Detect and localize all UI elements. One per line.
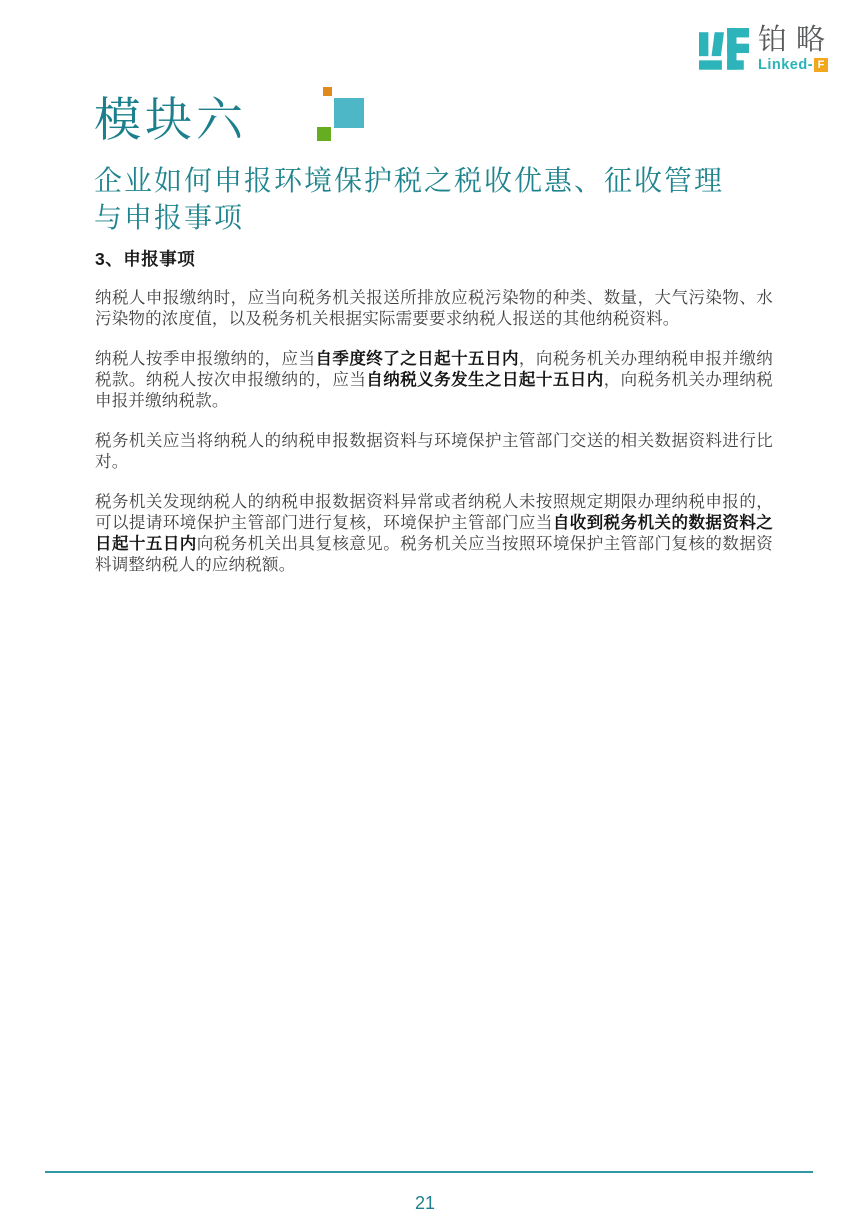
module-subtitle: 企业如何申报环境保护税之税收优惠、征收管理 与申报事项	[94, 162, 804, 236]
body-text: 向税务机关出具复核意见。税务机关应当按照环境保护主管部门复核的数据资料调整纳税人…	[95, 535, 773, 574]
paragraph: 税务机关发现纳税人的纳税申报数据资料异常或者纳税人未按照规定期限办理纳税申报的，…	[95, 492, 773, 576]
brand-badge-f: F	[814, 58, 828, 72]
section-heading: 3、申报事项	[95, 246, 773, 271]
page-content: 3、申报事项 纳税人申报缴纳时，应当向税务机关报送所排放应税污染物的种类、数量，…	[95, 246, 773, 595]
linked-f-logo-icon	[699, 28, 749, 76]
footer-divider	[45, 1171, 813, 1173]
orange-square-icon	[323, 87, 332, 96]
brand-name-english: Linked-	[758, 57, 813, 73]
module-subtitle-line1: 企业如何申报环境保护税之税收优惠、征收管理	[94, 162, 804, 199]
paragraph: 纳税人按季申报缴纳的，应当自季度终了之日起十五日内，向税务机关办理纳税申报并缴纳…	[95, 349, 773, 412]
brand-logo: 铂略 Linked- F	[699, 24, 834, 76]
emphasis-text: 自纳税义务发生之日起十五日内	[366, 371, 603, 389]
green-square-icon	[317, 127, 331, 141]
paragraph: 纳税人申报缴纳时，应当向税务机关报送所排放应税污染物的种类、数量，大气污染物、水…	[95, 288, 773, 330]
module-title: 模块六	[94, 92, 247, 150]
teal-square-icon	[334, 98, 364, 128]
module-subtitle-line2: 与申报事项	[94, 199, 804, 236]
body-text: 纳税人申报缴纳时，应当向税务机关报送所排放应税污染物的种类、数量，大气污染物、水…	[95, 289, 773, 328]
brand-name-chinese: 铂略	[758, 24, 834, 56]
page-number: 21	[0, 1193, 850, 1214]
emphasis-text: 自季度终了之日起十五日内	[315, 350, 518, 368]
body-text: 税务机关应当将纳税人的纳税申报数据资料与环境保护主管部门交送的相关数据资料进行比…	[95, 432, 773, 471]
paragraph: 税务机关应当将纳税人的纳税申报数据资料与环境保护主管部门交送的相关数据资料进行比…	[95, 431, 773, 473]
body-text: 纳税人按季申报缴纳的，应当	[95, 350, 315, 368]
